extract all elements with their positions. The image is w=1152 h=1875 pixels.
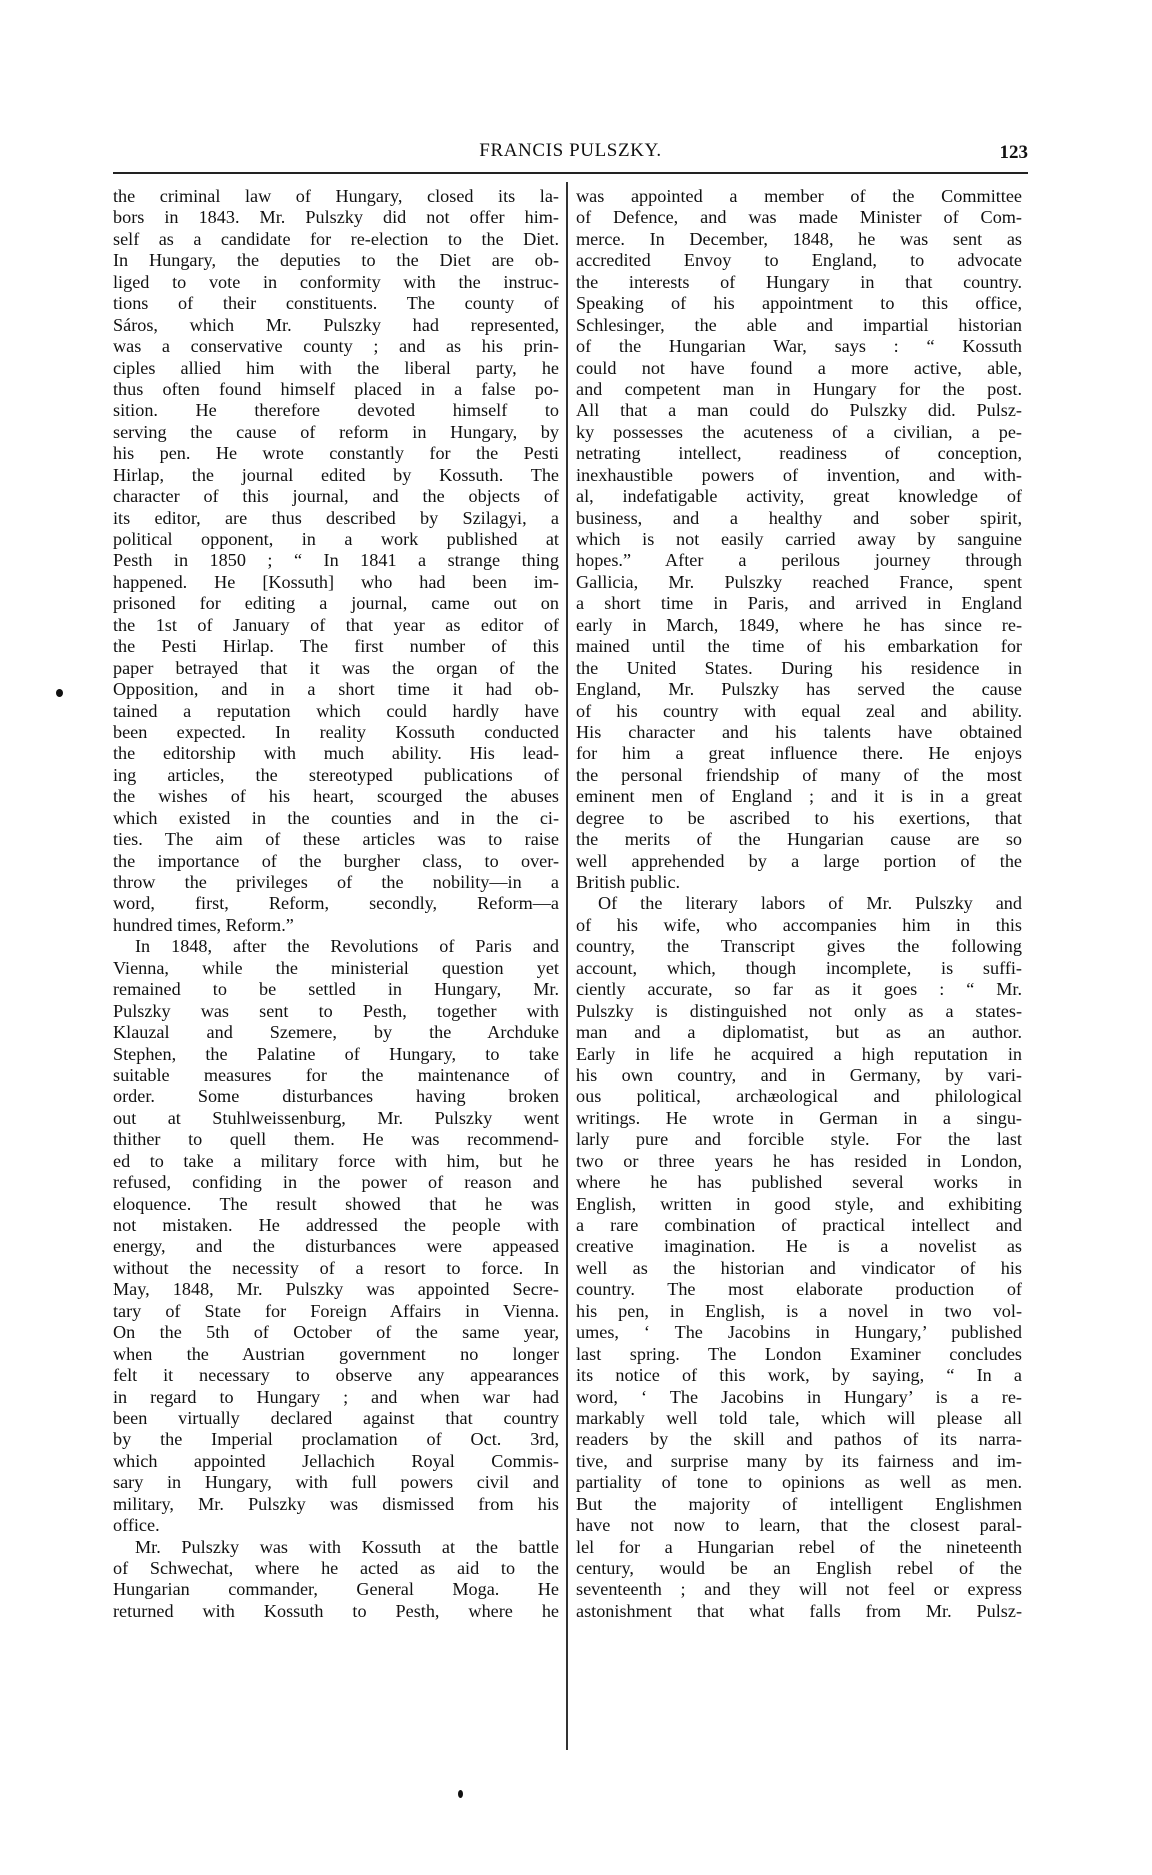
text-line: In Hungary, the deputies to the Diet are… [113, 250, 559, 271]
text-line: his pen. He wrote constantly for the Pes… [113, 443, 559, 464]
text-line: markably well told tale, which will plea… [576, 1408, 1022, 1429]
text-line: ky possesses the acuteness of a civilian… [576, 422, 1022, 443]
text-line: of his wife, who accompanies him in this [576, 915, 1022, 936]
text-line: a rare combination of practical intellec… [576, 1215, 1022, 1236]
text-line: country. The most elaborate production o… [576, 1279, 1022, 1300]
text-line: a short time in Paris, and arrived in En… [576, 593, 1022, 614]
text-line: order. Some disturbances having broken [113, 1086, 559, 1107]
text-line: out at Stuhlweissenburg, Mr. Pulszky wen… [113, 1108, 559, 1129]
text-line: His character and his talents have obtai… [576, 722, 1022, 743]
text-line: In 1848, after the Revolutions of Paris … [113, 936, 559, 957]
text-line: accredited Envoy to England, to advocate [576, 250, 1022, 271]
text-line: Vienna, while the ministerial question y… [113, 958, 559, 979]
text-line: Pesth in 1850 ; “ In 1841 a strange thin… [113, 550, 559, 571]
text-line: the interests of Hungary in that country… [576, 272, 1022, 293]
text-line: writings. He wrote in German in a singu- [576, 1108, 1022, 1129]
text-line: political opponent, in a work published … [113, 529, 559, 550]
text-line: thither to quell them. He was recommend- [113, 1129, 559, 1150]
text-line: self as a candidate for re-election to t… [113, 229, 559, 250]
text-line: hundred times, Reform.” [113, 915, 559, 936]
text-line: degree to be ascribed to his exertions, … [576, 808, 1022, 829]
text-line: netrating intellect, readiness of concep… [576, 443, 1022, 464]
text-line: liged to vote in conformity with the ins… [113, 272, 559, 293]
text-line: well as the historian and vindicator of … [576, 1258, 1022, 1279]
text-line: tained a reputation which could hardly h… [113, 701, 559, 722]
text-line: man and a diplomatist, but as an author. [576, 1022, 1022, 1043]
text-line: felt it necessary to observe any appeara… [113, 1365, 559, 1386]
text-line: sary in Hungary, with full powers civil … [113, 1472, 559, 1493]
text-line: its notice of this work, by saying, “ In… [576, 1365, 1022, 1386]
right-column: was appointed a member of the Committeeo… [576, 186, 1022, 1622]
text-line: paper betrayed that it was the organ of … [113, 658, 559, 679]
text-line: Gallicia, Mr. Pulszky reached France, sp… [576, 572, 1022, 593]
text-line: his pen, in English, is a novel in two v… [576, 1301, 1022, 1322]
text-line: which is not easily carried away by sang… [576, 529, 1022, 550]
page-number: 123 [1000, 142, 1029, 164]
text-line: umes, ‘ The Jacobins in Hungary,’ publis… [576, 1322, 1022, 1343]
text-line: seventeenth ; and they will not feel or … [576, 1579, 1022, 1600]
text-line: al, indefatigable activity, great knowle… [576, 486, 1022, 507]
text-line: country, the Transcript gives the follow… [576, 936, 1022, 957]
text-line: happened. He [Kossuth] who had been im- [113, 572, 559, 593]
text-line: have not now to learn, that the closest … [576, 1515, 1022, 1536]
ink-blot-mark [458, 1790, 463, 1798]
text-line: But the majority of intelligent Englishm… [576, 1494, 1022, 1515]
text-line: the wishes of his heart, scourged the ab… [113, 786, 559, 807]
text-line: Early in life he acquired a high reputat… [576, 1044, 1022, 1065]
text-line: the merits of the Hungarian cause are so [576, 829, 1022, 850]
header-rule [113, 172, 1028, 174]
text-line: the importance of the burgher class, to … [113, 851, 559, 872]
text-line: early in March, 1849, where he has since… [576, 615, 1022, 636]
text-line: lel for a Hungarian rebel of the ninetee… [576, 1537, 1022, 1558]
text-line: Pulszky was sent to Pesth, together with [113, 1001, 559, 1022]
text-line: Mr. Pulszky was with Kossuth at the batt… [113, 1537, 559, 1558]
text-line: suitable measures for the maintenance of [113, 1065, 559, 1086]
text-line: Speaking of his appointment to this offi… [576, 293, 1022, 314]
text-line: Of the literary labors of Mr. Pulszky an… [576, 893, 1022, 914]
text-line: and competent man in Hungary for the pos… [576, 379, 1022, 400]
text-line: Schlesinger, the able and impartial hist… [576, 315, 1022, 336]
text-line: its editor, are thus described by Szilag… [113, 508, 559, 529]
text-line: eminent men of England ; and it is in a … [576, 786, 1022, 807]
text-line: in regard to Hungary ; and when war had [113, 1387, 559, 1408]
text-line: English, written in good style, and exhi… [576, 1194, 1022, 1215]
text-line: the personal friendship of many of the m… [576, 765, 1022, 786]
text-line: was appointed a member of the Committee [576, 186, 1022, 207]
text-line: Hungarian commander, General Moga. He [113, 1579, 559, 1600]
text-line: century, would be an English rebel of th… [576, 1558, 1022, 1579]
left-column: the criminal law of Hungary, closed its … [113, 186, 559, 1622]
text-line: British public. [576, 872, 1022, 893]
text-line: larly pure and forcible style. For the l… [576, 1129, 1022, 1150]
text-line: On the 5th of October of the same year, [113, 1322, 559, 1343]
text-line: thus often found himself placed in a fal… [113, 379, 559, 400]
text-line: Pulszky is distinguished not only as a s… [576, 1001, 1022, 1022]
text-line: sition. He therefore devoted himself to [113, 400, 559, 421]
text-line: ous political, archæological and philolo… [576, 1086, 1022, 1107]
text-line: energy, and the disturbances were appeas… [113, 1236, 559, 1257]
text-line: for him a great influence there. He enjo… [576, 743, 1022, 764]
text-line: astonishment that what falls from Mr. Pu… [576, 1601, 1022, 1622]
text-line: could not have found a more active, able… [576, 358, 1022, 379]
text-line: which existed in the counties and in the… [113, 808, 559, 829]
text-line: returned with Kossuth to Pesth, where he [113, 1601, 559, 1622]
text-line: partiality of tone to opinions as well a… [576, 1472, 1022, 1493]
text-line: England, Mr. Pulszky has served the caus… [576, 679, 1022, 700]
text-line: which appointed Jellachich Royal Commis- [113, 1451, 559, 1472]
text-line: ciently accurate, so far as it goes : “ … [576, 979, 1022, 1000]
text-line: May, 1848, Mr. Pulszky was appointed Sec… [113, 1279, 559, 1300]
text-line: been expected. In reality Kossuth conduc… [113, 722, 559, 743]
text-line: throw the privileges of the nobility—in … [113, 872, 559, 893]
text-line: Opposition, and in a short time it had o… [113, 679, 559, 700]
running-title: FRANCIS PULSZKY. [113, 140, 1028, 162]
text-line: last spring. The London Examiner conclud… [576, 1344, 1022, 1365]
text-line: eloquence. The result showed that he was [113, 1194, 559, 1215]
text-line: the United States. During his residence … [576, 658, 1022, 679]
text-line: been virtually declared against that cou… [113, 1408, 559, 1429]
text-line: of Defence, and was made Minister of Com… [576, 207, 1022, 228]
text-line: office. [113, 1515, 559, 1536]
text-line: creative imagination. He is a novelist a… [576, 1236, 1022, 1257]
text-line: remained to be settled in Hungary, Mr. [113, 979, 559, 1000]
text-line: military, Mr. Pulszky was dismissed from… [113, 1494, 559, 1515]
text-line: two or three years he has resided in Lon… [576, 1151, 1022, 1172]
text-line: where he has published several works in [576, 1172, 1022, 1193]
text-line: ing articles, the stereotyped publicatio… [113, 765, 559, 786]
text-line: when the Austrian government no longer [113, 1344, 559, 1365]
text-line: ciples allied him with the liberal party… [113, 358, 559, 379]
text-line: Hirlap, the journal edited by Kossuth. T… [113, 465, 559, 486]
text-line: ties. The aim of these articles was to r… [113, 829, 559, 850]
text-line: Stephen, the Palatine of Hungary, to tak… [113, 1044, 559, 1065]
text-line: his own country, and in Germany, by vari… [576, 1065, 1022, 1086]
text-line: by the Imperial proclamation of Oct. 3rd… [113, 1429, 559, 1450]
text-line: Sáros, which Mr. Pulszky had represented… [113, 315, 559, 336]
text-line: word, first, Reform, secondly, Reform—a [113, 893, 559, 914]
text-line: not mistaken. He addressed the people wi… [113, 1215, 559, 1236]
text-line: mained until the time of his embarkation… [576, 636, 1022, 657]
text-line: tive, and surprise many by its fairness … [576, 1451, 1022, 1472]
text-line: bors in 1843. Mr. Pulszky did not offer … [113, 207, 559, 228]
text-line: serving the cause of reform in Hungary, … [113, 422, 559, 443]
text-line: refused, confiding in the power of reaso… [113, 1172, 559, 1193]
text-line: well apprehended by a large portion of t… [576, 851, 1022, 872]
column-divider [566, 182, 568, 1750]
text-line: prisoned for editing a journal, came out… [113, 593, 559, 614]
text-line: of the Hungarian War, says : “ Kossuth [576, 336, 1022, 357]
ink-blot-mark [56, 689, 63, 697]
text-line: tary of State for Foreign Affairs in Vie… [113, 1301, 559, 1322]
text-line: the 1st of January of that year as edito… [113, 615, 559, 636]
text-line: All that a man could do Pulszky did. Pul… [576, 400, 1022, 421]
text-line: Klauzal and Szemere, by the Archduke [113, 1022, 559, 1043]
text-line: the criminal law of Hungary, closed its … [113, 186, 559, 207]
text-line: of his country with equal zeal and abili… [576, 701, 1022, 722]
text-line: without the necessity of a resort to for… [113, 1258, 559, 1279]
text-line: hopes.” After a perilous journey through [576, 550, 1022, 571]
text-line: of Schwechat, where he acted as aid to t… [113, 1558, 559, 1579]
text-line: tions of their constituents. The county … [113, 293, 559, 314]
text-line: the editorship with much ability. His le… [113, 743, 559, 764]
text-line: word, ‘ The Jacobins in Hungary’ is a re… [576, 1387, 1022, 1408]
text-line: character of this journal, and the objec… [113, 486, 559, 507]
text-line: the Pesti Hirlap. The first number of th… [113, 636, 559, 657]
text-line: business, and a healthy and sober spirit… [576, 508, 1022, 529]
text-line: inexhaustible powers of invention, and w… [576, 465, 1022, 486]
text-line: ed to take a military force with him, bu… [113, 1151, 559, 1172]
text-line: was a conservative county ; and as his p… [113, 336, 559, 357]
text-line: readers by the skill and pathos of its n… [576, 1429, 1022, 1450]
text-line: merce. In December, 1848, he was sent as [576, 229, 1022, 250]
running-header: FRANCIS PULSZKY. 123 [113, 138, 1028, 168]
text-line: account, which, though incomplete, is su… [576, 958, 1022, 979]
